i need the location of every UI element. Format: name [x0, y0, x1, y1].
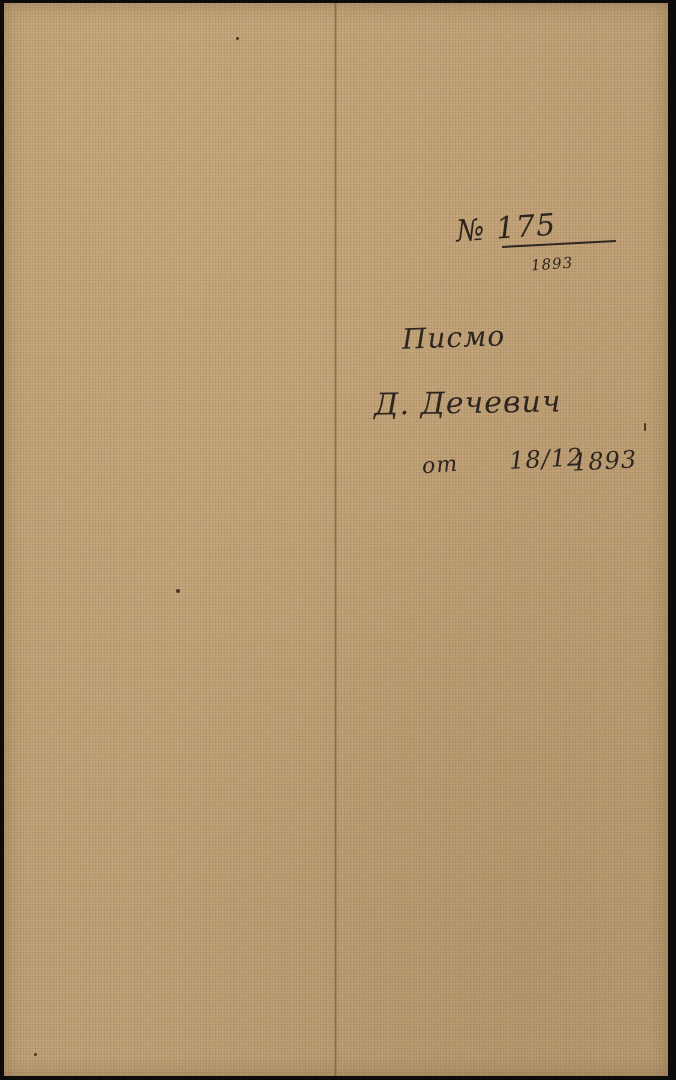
document-type-label: Писмо [401, 319, 505, 356]
date-prefix: от [421, 452, 459, 479]
file-year: 1893 [530, 254, 573, 275]
paper-speck [176, 589, 180, 593]
document-year: 1893 [571, 445, 637, 476]
paper-speck [236, 37, 239, 40]
paper-speck [34, 1053, 37, 1056]
correspondent-name: Д. Дечевич [374, 384, 562, 422]
folder-sheet: № 175 1893 Писмо Д. Дечевич от 18/12 189… [4, 3, 668, 1076]
scan-frame: № 175 1893 Писмо Д. Дечевич от 18/12 189… [0, 0, 676, 1080]
paper-speck [644, 423, 646, 431]
fold-line [334, 3, 337, 1076]
